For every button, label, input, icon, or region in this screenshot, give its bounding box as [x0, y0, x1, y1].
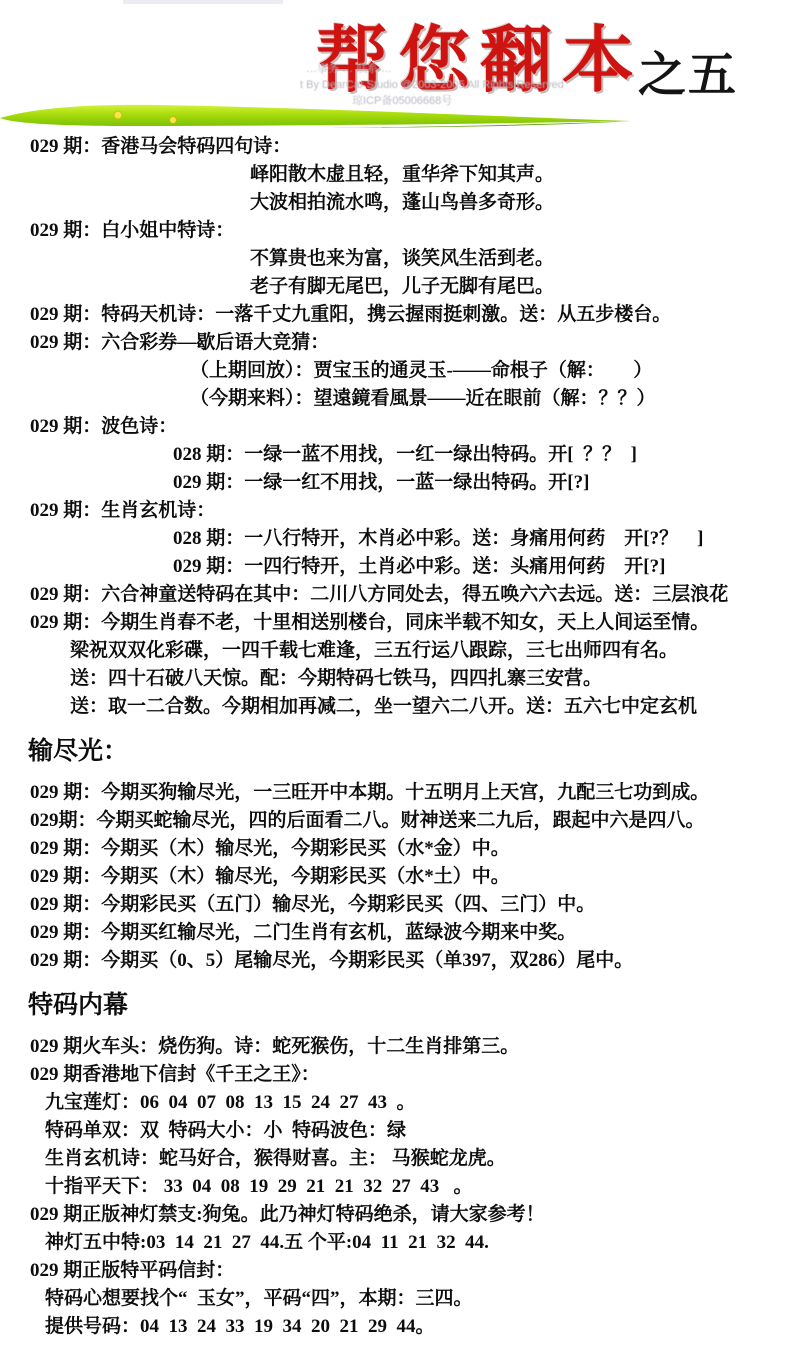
text-line: 生肖玄机诗：蛇马好合，猴得财喜。主： 马猴蛇龙虎。	[0, 1145, 802, 1173]
leaf-dot-2	[170, 117, 177, 124]
text-line: 029 期正版神灯禁支:狗兔。此乃神灯特码绝杀，请大家参考！	[0, 1201, 802, 1229]
text-line: 不算贵也来为富，谈笑风生活到老。	[0, 245, 802, 273]
text-line: （上期回放）：贾宝玉的通灵玉-——命根子（解： ）	[0, 357, 802, 385]
text-line: （今期来料）：望遠鏡看風景——近在眼前（解：？？）	[0, 385, 802, 413]
text-line: 029期：今期买蛇输尽光，四的后面看二八。财神送来二九后，跟起中六是四八。	[0, 807, 802, 835]
text-line: 特码心想要找个“ 玉女”，平码“四”，本期：三四。	[0, 1285, 802, 1313]
text-line: 送：四十石破八天惊。配：今期特码七铁马，四四扎寨三安营。	[0, 665, 802, 693]
text-line: 029 期：今期买（木）输尽光，今期彩民买（水*土）中。	[0, 863, 802, 891]
text-line: 九宝莲灯：06 04 07 08 13 15 24 27 43 。	[0, 1089, 802, 1117]
page: 帮您翻本之五 …事务 … 联系 … t By DearCar Studio @2…	[0, 0, 802, 1352]
section-shujinguang: 029 期：今期买狗输尽光，一三旺开中本期。十五明月上天宫，九配三七功到成。02…	[0, 779, 802, 975]
green-swoosh-divider	[0, 103, 802, 131]
text-line: 028 期：一八行特开，木肖必中彩。送：身痛用何药 开[?？ ]	[0, 525, 802, 553]
section-temaneimu: 029 期火车头：烧伤狗。诗：蛇死猴伤，十二生肖排第三。029 期香港地下信封《…	[0, 1033, 802, 1341]
text-line: 029 期：一四行特开，土肖必中彩。送：头痛用何药 开[?]	[0, 553, 802, 581]
text-line: 029 期正版特平码信封：	[0, 1257, 802, 1285]
text-line: 029 期：今期买（0、5）尾输尽光，今期彩民买（单397，双286）尾中。	[0, 947, 802, 975]
text-line: 029 期：波色诗：	[0, 413, 802, 441]
text-line: 029 期：香港马会特码四句诗：	[0, 133, 802, 161]
text-line: 梁祝双双化彩碟，一四千载七难逢，三五行运八跟踪，三七出师四有名。	[0, 637, 802, 665]
document-body: 029 期：香港马会特码四句诗：峄阳散木虚且轻，重华斧下知其声。大波相拍流水鸣，…	[0, 133, 802, 1341]
text-line: 老子有脚无尾巴，儿子无脚有尾巴。	[0, 273, 802, 301]
text-line: 送：取一二合数。今期相加再减二，坐一望六二八开。送：五六七中定玄机	[0, 693, 802, 721]
text-line: 029 期：生肖玄机诗：	[0, 497, 802, 525]
text-line: 029 期：今期生肖春不老，十里相送别楼台，同床半载不知女，天上人间运至情。	[0, 609, 802, 637]
text-line: 028 期：一绿一蓝不用找，一红一绿出特码。开[ ？？ ]	[0, 441, 802, 469]
text-line: 029 期：今期买红输尽光，二门生肖有玄机，蓝绿波今期来中奖。	[0, 919, 802, 947]
watermark-copyright: t By DearCar Studio @2003-2005 All Right…	[300, 78, 564, 92]
section-poems: 029 期：香港马会特码四句诗：峄阳散木虚且轻，重华斧下知其声。大波相拍流水鸣，…	[0, 133, 802, 721]
text-line: 029 期香港地下信封《千王之王》：	[0, 1061, 802, 1089]
section-title-temaneimu: 特码内幕	[0, 991, 802, 1021]
text-line: 029 期：六合神童送特码在其中：二川八方同处去，得五唤六六去远。送：三层浪花	[0, 581, 802, 609]
text-line: 029 期：今期买（木）输尽光，今期彩民买（水*金）中。	[0, 835, 802, 863]
text-line: 特码单双：双 特码大小：小 特码波色：绿	[0, 1117, 802, 1145]
text-line: 029 期：白小姐中特诗：	[0, 217, 802, 245]
text-line: 029 期：特码天机诗：一落千丈九重阳，携云握雨挺刺激。送：从五步楼台。	[0, 301, 802, 329]
text-line: 029 期：六合彩券—歇后语大竞猜：	[0, 329, 802, 357]
text-line: 提供号码：04 13 24 33 19 34 20 21 29 44。	[0, 1313, 802, 1341]
text-line: 029 期火车头：烧伤狗。诗：蛇死猴伤，十二生肖排第三。	[0, 1033, 802, 1061]
text-line: 大波相拍流水鸣，蓬山鸟兽多奇形。	[0, 189, 802, 217]
text-line: 十指平天下： 33 04 08 19 29 21 21 32 27 43 。	[0, 1173, 802, 1201]
leaf-dot-1	[114, 111, 122, 119]
text-line: 神灯五中特:03 14 21 27 44.五 个平:04 11 21 32 44…	[0, 1229, 802, 1257]
text-line: 峄阳散木虚且轻，重华斧下知其声。	[0, 161, 802, 189]
text-line: 029 期：今期彩民买（五门）输尽光，今期彩民买（四、三门）中。	[0, 891, 802, 919]
text-line: 029 期：今期买狗输尽光，一三旺开中本期。十五明月上天宫，九配三七功到成。	[0, 779, 802, 807]
leaf-shape	[0, 105, 630, 126]
section-title-shujinguang: 输尽光：	[0, 737, 802, 767]
watermark-nav-links: …事务 … 联系 …	[306, 62, 392, 76]
top-edge-artifact	[123, 0, 283, 4]
page-title-suffix: 之五	[638, 49, 738, 102]
text-line: 029 期：一绿一红不用找，一蓝一绿出特码。开[?]	[0, 469, 802, 497]
